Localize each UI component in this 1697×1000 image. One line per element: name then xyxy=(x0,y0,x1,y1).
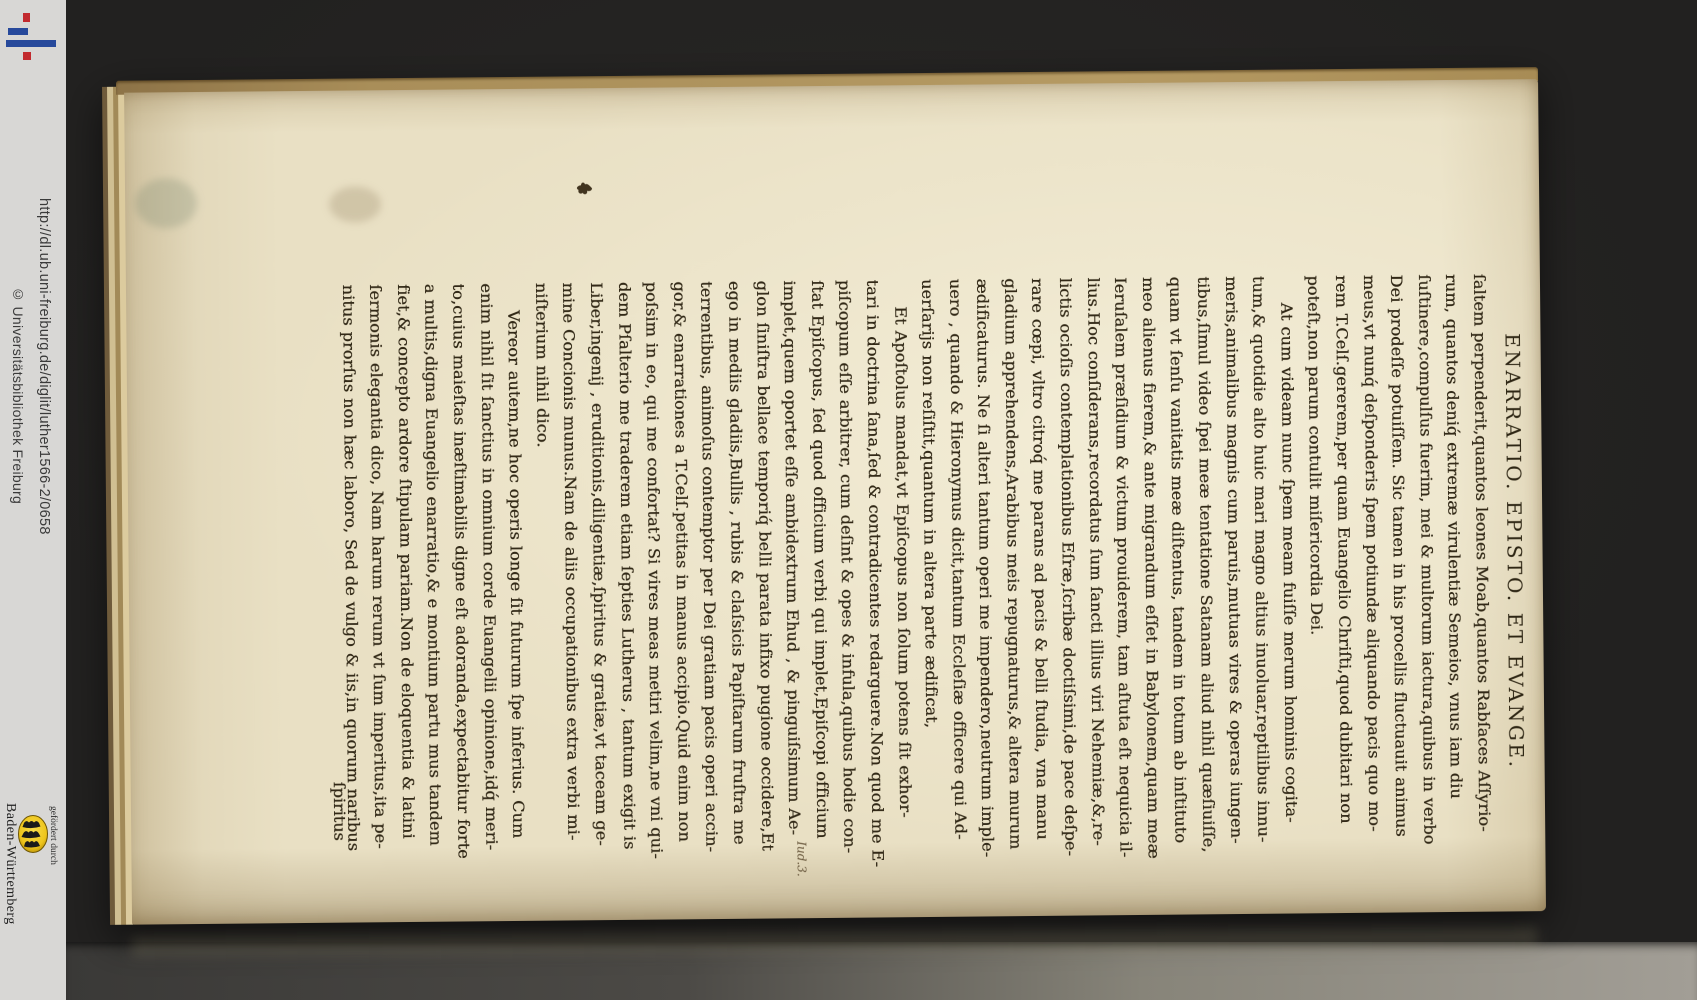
book-page-scan: ENARRATIO. EPISTO. ET EVANGE. ſaltem per… xyxy=(102,67,1546,927)
text-line: Liber,ingenij , eruditionis,diligentiæ,ſ… xyxy=(582,282,615,838)
text-line: ſtat Epiſcopus, ſed quod officium verbi … xyxy=(803,280,836,836)
text-line: lictis ocioſis contemplationibus Eſræ,ſc… xyxy=(1051,278,1084,834)
text-line: enim nihil ſit ſanctius in omnium corde … xyxy=(472,283,505,839)
copyright-label: © Universitätsbibliothek Freiburg xyxy=(10,286,26,504)
text-line: implet,quem oportet eſſe ambidextrum Ehu… xyxy=(775,280,808,836)
page-content-rotated: ENARRATIO. EPISTO. ET EVANGE. ſaltem per… xyxy=(124,67,1546,927)
text-line: mine Concionis munus.Nam de aliis occupa… xyxy=(555,282,588,838)
text-line: tum,& quotidie alto huic mari magno alti… xyxy=(1245,276,1278,832)
text-line: dem Pſalterio me traderem etiam ſepties … xyxy=(610,282,643,838)
text-line: gladium apprehendens,Arabibus meis repug… xyxy=(996,278,1029,834)
text-line: niſterium nihil dico. xyxy=(527,283,560,839)
text-line: Dei prodeſſe potuiſſem. Sic tamen in his… xyxy=(1383,274,1416,830)
text-line: Vereor autem,ne hoc operis longe ſit fut… xyxy=(500,283,533,839)
running-title: ENARRATIO. EPISTO. ET EVANGE. xyxy=(1500,273,1529,829)
ink-blot-mark xyxy=(570,180,593,197)
scanner-background: ENARRATIO. EPISTO. ET EVANGE. ſaltem per… xyxy=(0,0,1697,1000)
text-line: ædificaturus. Ne ſi alteri tantum operi … xyxy=(969,278,1002,834)
text-line: meus,vt nunq́ deſponderis ſpem potiundæ … xyxy=(1355,275,1388,831)
ub-freiburg-logo-icon xyxy=(6,40,56,47)
ub-freiburg-logo-icon xyxy=(8,28,28,35)
bleedthrough-smudge xyxy=(135,178,197,229)
text-line: At cum videam nunc ſpem meam fuiſſe meru… xyxy=(1272,275,1305,831)
text-line: meo alienus fierem,& ante migrandum eſſe… xyxy=(1134,277,1167,833)
text-line: to,cuius maieſtas inæſtimabilis digne eſ… xyxy=(444,283,477,839)
text-line: Et Apoſtolus mandat,vt Epiſcopus non ſol… xyxy=(886,279,919,835)
margin-note: Iud.3. xyxy=(794,841,808,877)
text-line: rem T.Celſ.gererem,per quam Euangelio Ch… xyxy=(1327,275,1360,831)
text-line: terrentibus, animoſus contemptor per Dei… xyxy=(693,281,726,837)
text-line: Ieruſalem præſidium & victum prouiderem,… xyxy=(1107,277,1140,833)
text-line: poteſt,non parum contulit miſericordia D… xyxy=(1300,275,1333,831)
text-line: ſermonis elegantia dico, Nam harum rerum… xyxy=(362,284,395,840)
text-line: glon ſiniſtra bellace temporiq́ belli pa… xyxy=(748,280,781,836)
persistent-url-label: http://dl.ub.uni-freiburg.de/diglit/luth… xyxy=(36,198,52,535)
ub-freiburg-logo-icon xyxy=(23,13,30,22)
library-frame-strip: http://dl.ub.uni-freiburg.de/diglit/luth… xyxy=(0,0,66,1000)
text-line: piſcopum eſſe arbitrer, cum deſint & ope… xyxy=(831,280,864,836)
text-line: meris,animalibus magnis cum paruis,mutua… xyxy=(1217,276,1250,832)
text-line: fiet,& concepto ardore ſtipulam pariam.N… xyxy=(389,284,422,840)
funded-by-region-label: Baden-Württemberg xyxy=(2,803,18,925)
text-line: ego in mediis gladiis,Bullis , rubis & c… xyxy=(720,281,753,837)
body-text: ſaltem perpenderit,quantos leones Moab,q… xyxy=(334,274,1498,841)
text-line: poſsim in eo, qui me confortat? Si vires… xyxy=(638,282,671,838)
text-line: ſaltem perpenderit,quantos leones Moab,q… xyxy=(1465,274,1498,830)
ub-freiburg-logo-icon xyxy=(23,52,31,60)
text-line: ſuſtinere,compulſus fuerim, mei & multor… xyxy=(1410,274,1443,830)
text-line: uerſarijs non reſiſtit,quantum in altera… xyxy=(913,279,946,835)
baden-wuerttemberg-arms-icon xyxy=(17,814,49,859)
text-line: tibus,ſimul video ſpei meæ tentatione Sa… xyxy=(1189,276,1222,832)
text-line: lius.Hoc conſiderans,recordatus ſum ſanc… xyxy=(1079,277,1112,833)
text-line: uero , quando & Hieronymus dicit,tantum … xyxy=(941,279,974,835)
bleedthrough-smudge xyxy=(329,186,381,222)
text-line: rum, quantos deniq́ extremæ virulentiæ S… xyxy=(1438,274,1471,830)
funded-by-label: gefördert durch xyxy=(48,806,58,865)
text-line: tari in doctrina ſana,ſed & contradicent… xyxy=(858,279,891,835)
text-line: gor,& enarrationes a T.Celſ.petitas in m… xyxy=(665,281,698,837)
